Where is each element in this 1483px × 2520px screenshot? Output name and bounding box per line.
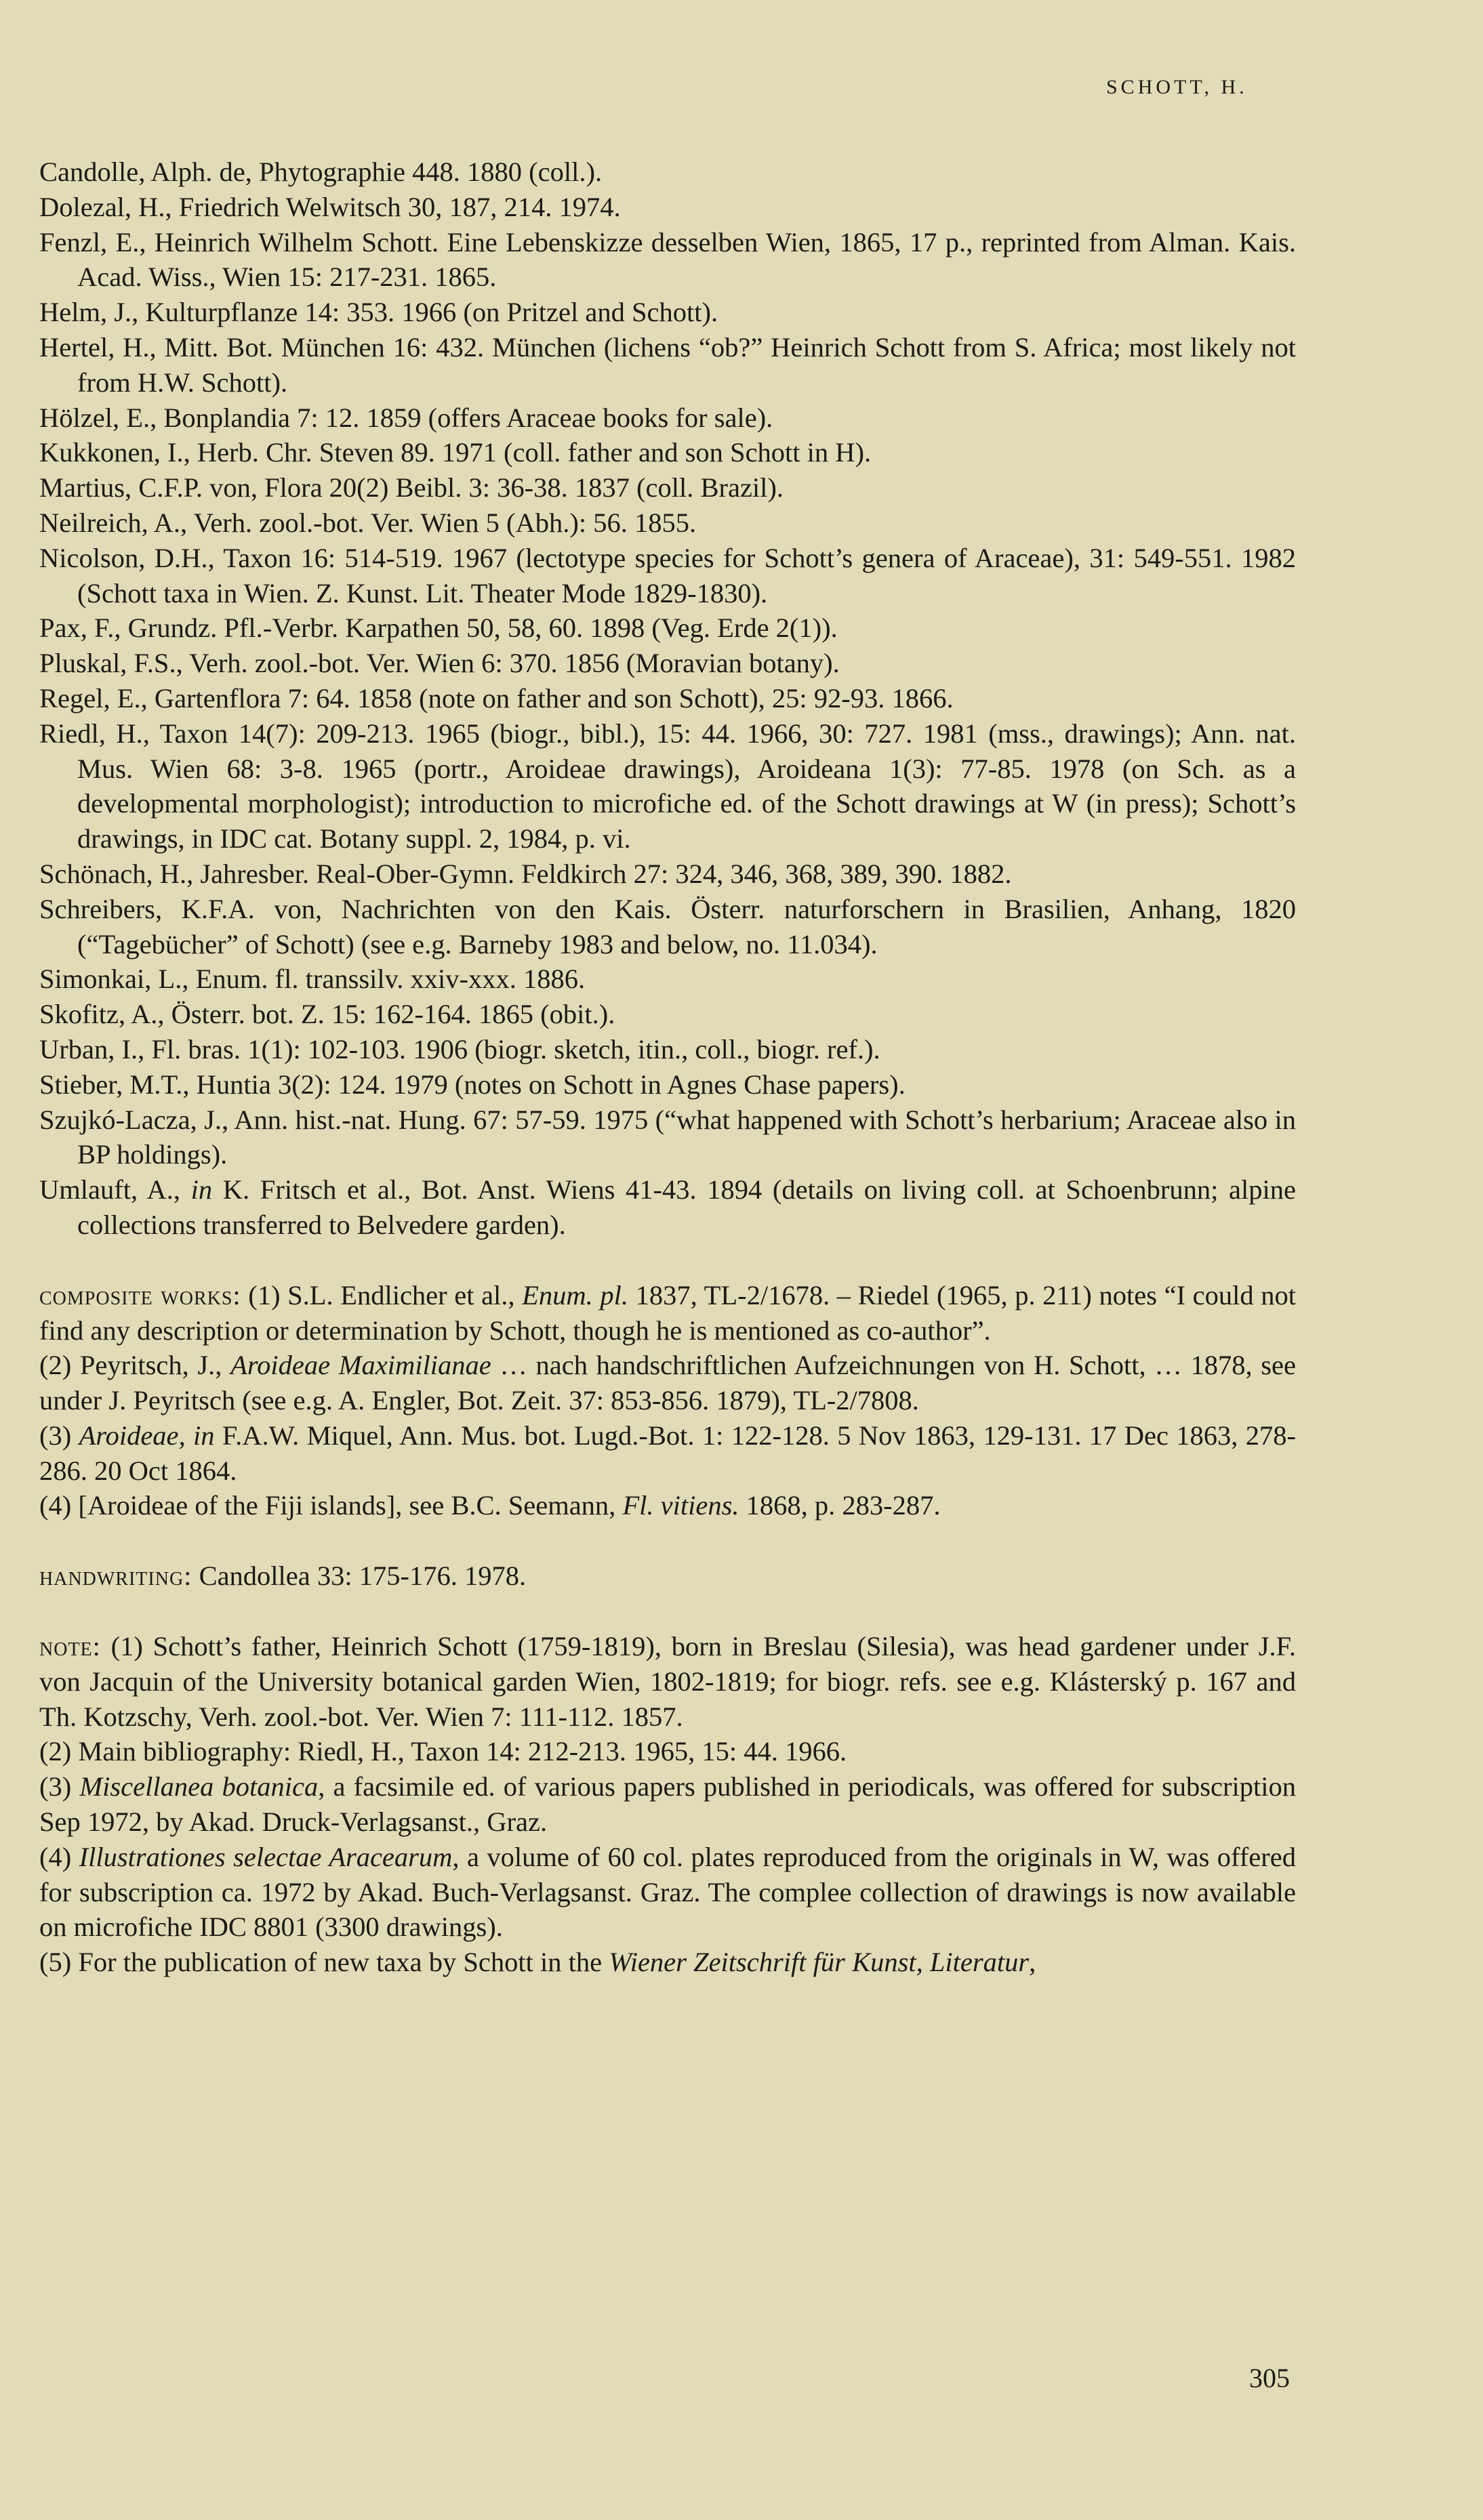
reference-entry: Neilreich, A., Verh. zool.-bot. Ver. Wie… [39,505,1296,541]
notes-section: Note: (1) Schott’s father, Heinrich Scho… [39,1629,1296,1980]
reference-entry: Martius, C.F.P. von, Flora 20(2) Beibl. … [39,470,1296,505]
reference-entry: Stieber, M.T., Huntia 3(2): 124. 1979 (n… [39,1067,1296,1102]
reference-entry: Simonkai, L., Enum. fl. transsilv. xxiv-… [39,962,1296,997]
reference-entry: Urban, I., Fl. bras. 1(1): 102-103. 1906… [39,1032,1296,1067]
section-label: Note: [39,1631,101,1661]
reference-entry: Helm, J., Kulturpflanze 14: 353. 1966 (o… [39,295,1296,330]
handwriting-section: Handwriting: Candollea 33: 175-176. 1978… [39,1558,1296,1594]
composite-works-section: Composite works: (1) S.L. Endlicher et a… [39,1278,1296,1524]
note-item: (4) Illustrationes selectae Aracearum, a… [39,1840,1296,1945]
section-label: Composite works: [39,1280,241,1310]
references-list: Candolle, Alph. de, Phytographie 448. 18… [39,154,1296,1243]
running-head: SCHOTT, H. [1106,76,1248,99]
reference-entry: Schreibers, K.F.A. von, Nachrichten von … [39,892,1296,962]
composite-work-item: (2) Peyritsch, J., Aroideae Maximilianae… [39,1348,1296,1418]
reference-entry: Hölzel, E., Bonplandia 7: 12. 1859 (offe… [39,400,1296,436]
reference-entry: Fenzl, E., Heinrich Wilhelm Schott. Eine… [39,225,1296,295]
reference-entry: Skofitz, A., Österr. bot. Z. 15: 162-164… [39,997,1296,1032]
reference-entry: Schönach, H., Jahresber. Real-Ober-Gymn.… [39,856,1296,892]
composite-work-item: (3) Aroideae, in F.A.W. Miquel, Ann. Mus… [39,1418,1296,1489]
page-body: Candolle, Alph. de, Phytographie 448. 18… [39,154,1296,1980]
section-label: Handwriting: [39,1561,192,1591]
reference-entry: Candolle, Alph. de, Phytographie 448. 18… [39,154,1296,190]
reference-entry: Nicolson, D.H., Taxon 16: 514-519. 1967 … [39,541,1296,611]
reference-entry: Szujkó-Lacza, J., Ann. hist.-nat. Hung. … [39,1102,1296,1173]
reference-entry: Riedl, H., Taxon 14(7): 209-213. 1965 (b… [39,716,1296,856]
reference-entry: Pax, F., Grundz. Pfl.-Verbr. Karpathen 5… [39,611,1296,646]
note-item: (5) For the publication of new taxa by S… [39,1945,1296,1980]
reference-entry: Dolezal, H., Friedrich Welwitsch 30, 187… [39,190,1296,225]
page-number: 305 [1249,2362,1290,2394]
reference-entry: Pluskal, F.S., Verh. zool.-bot. Ver. Wie… [39,646,1296,681]
note-item: (3) Miscellanea botanica, a facsimile ed… [39,1769,1296,1840]
reference-entry: Hertel, H., Mitt. Bot. München 16: 432. … [39,330,1296,400]
composite-work-item: (4) [Aroideae of the Fiji islands], see … [39,1488,1296,1523]
reference-entry: Regel, E., Gartenflora 7: 64. 1858 (note… [39,681,1296,716]
reference-entry: Umlauft, A., in K. Fritsch et al., Bot. … [39,1172,1296,1243]
note-item: (2) Main bibliography: Riedl, H., Taxon … [39,1734,1296,1769]
composite-work-item: Composite works: (1) S.L. Endlicher et a… [39,1278,1296,1348]
reference-entry: Kukkonen, I., Herb. Chr. Steven 89. 1971… [39,435,1296,470]
note-item: Note: (1) Schott’s father, Heinrich Scho… [39,1629,1296,1734]
